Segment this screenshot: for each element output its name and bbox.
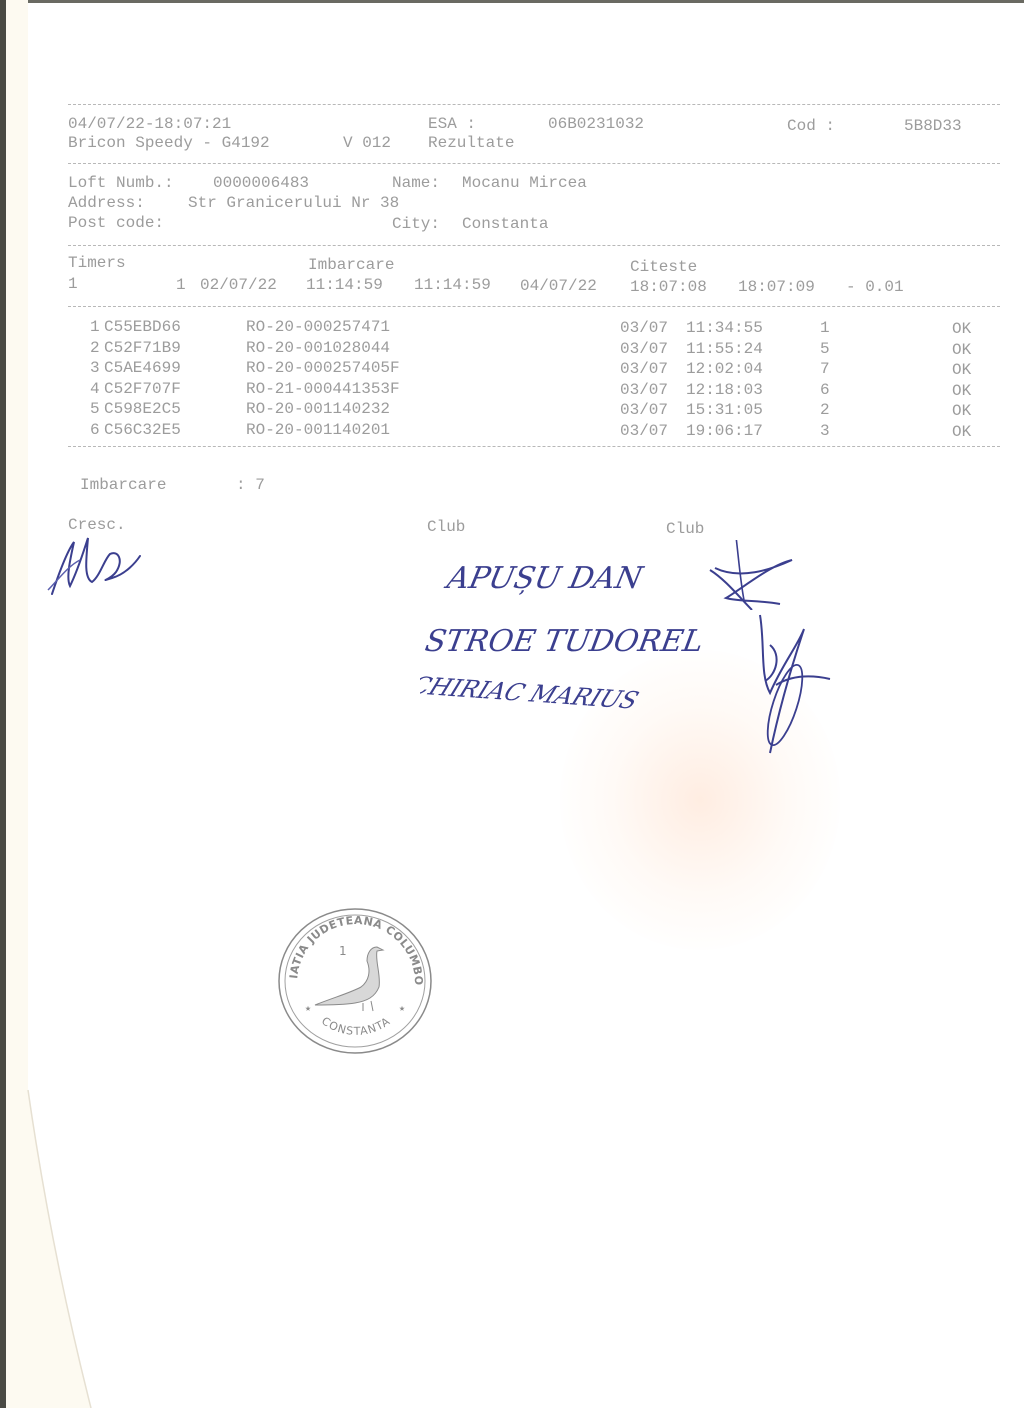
cell-time: 15:31:05 [686,401,763,419]
cresc-label: Cresc. [68,516,126,534]
imbarcare-label: Imbarcare [308,256,394,274]
divider [68,245,1000,246]
cell-pos: 3 [90,359,100,377]
handwritten-name-1: APUȘU DAN [441,561,647,596]
timestamp: 04/07/22-18:07:21 [68,115,231,133]
cell-ring: RO-20-000257405F [246,359,400,377]
loft-value: 0000006483 [213,174,309,192]
cell-time: 11:34:55 [686,319,763,337]
cell-chip: C56C32E5 [104,421,181,439]
cell-chip: C55EBD66 [104,318,181,336]
cell-ring: RO-20-001140232 [246,400,390,418]
divider [68,163,1000,164]
paper-fold-edge [6,0,1024,1408]
signature-apusu-dan: APUȘU DAN [440,540,800,610]
read-time-2: 18:07:09 [738,278,815,296]
cell-chip: C5AE4699 [104,359,181,377]
imbarcare-time-1: 11:14:59 [306,276,383,294]
device-version: V 012 [343,134,391,152]
cell-chip: C598E2C5 [104,400,181,418]
timers-label: Timers [68,254,126,272]
cell-date: 03/07 [620,381,668,399]
cell-status: OK [952,423,971,441]
cell-order: 1 [820,319,830,337]
cell-ring: RO-21-000441353F [246,380,400,398]
address-label: Address: [68,194,145,212]
table-row: 2C52F71B9RO-20-00102804403/0711:55:245OK [0,339,1024,359]
cell-status: OK [952,361,971,379]
read-time-1: 18:07:08 [630,278,707,296]
cell-pos: 5 [90,400,100,418]
citeste-label: Citeste [630,258,697,276]
imbarcare-time-2: 11:14:59 [414,276,491,294]
cell-time: 12:02:04 [686,360,763,378]
name-value: Mocanu Mircea [462,174,587,192]
postcode-label: Post code: [68,214,164,232]
cell-chip: C52F71B9 [104,339,181,357]
cod-label: Cod : [787,117,835,135]
cell-order: 2 [820,401,830,419]
cell-date: 03/07 [620,360,668,378]
name-label: Name: [392,174,440,192]
scan-edge-top [0,0,1024,3]
handwritten-name-2: STROE TUDOREL [422,624,706,659]
loft-label: Loft Numb.: [68,174,174,192]
signature-block-club: STROE TUDOREL CHIRIAC MARIUS [420,605,840,765]
stamp-arc-text: ASOCIATIA JUDETEANA COLUMBOFILA [275,905,425,986]
report-type: Rezultate [428,134,514,152]
deviation: - 0.01 [846,278,904,296]
cell-status: OK [952,382,971,400]
club-label-1: Club [427,518,465,536]
divider [68,446,1000,447]
cell-order: 6 [820,381,830,399]
cell-pos: 4 [90,380,100,398]
cell-pos: 2 [90,339,100,357]
address-value: Str Granicerului Nr 38 [188,194,399,212]
paper-stain [560,650,840,950]
cell-time: 19:06:17 [686,422,763,440]
esa-value: 06B0231032 [548,115,644,133]
cell-status: OK [952,402,971,420]
pigeon-icon [315,947,383,1011]
device-name: Bricon Speedy - G4192 [68,134,270,152]
cell-pos: 1 [90,318,100,336]
summary-imbarcare-label: Imbarcare [80,476,166,494]
cod-value: 5B8D33 [904,117,962,135]
cell-ring: RO-20-001140201 [246,421,390,439]
scan-edge-left [0,0,6,1408]
cell-order: 5 [820,340,830,358]
cell-time: 12:18:03 [686,381,763,399]
svg-text:★: ★ [305,1004,311,1015]
table-row: 4C52F707FRO-21-000441353F03/0712:18:036O… [0,380,1024,400]
cell-order: 7 [820,360,830,378]
table-row: 5C598E2C5RO-20-00114023203/0715:31:052OK [0,400,1024,420]
table-row: 3C5AE4699RO-20-000257405F03/0712:02:047O… [0,359,1024,379]
cell-pos: 6 [90,421,100,439]
cell-order: 3 [820,422,830,440]
cell-time: 11:55:24 [686,340,763,358]
timer-number: 1 [68,275,78,293]
divider [68,306,1000,307]
imbarcare-date: 02/07/22 [200,276,277,294]
cell-date: 03/07 [620,340,668,358]
stamp-number: 1 [339,944,347,958]
cell-date: 03/07 [620,422,668,440]
cell-chip: C52F707F [104,380,181,398]
svg-text:★: ★ [399,1004,405,1015]
table-row: 6C56C32E5RO-20-00114020103/0719:06:173OK [0,421,1024,441]
timer-index: 1 [176,276,186,294]
cell-ring: RO-20-000257471 [246,318,390,336]
divider [68,104,1000,105]
svg-text:ASOCIATIA JUDETEANA COLUMBOFIL: ASOCIATIA JUDETEANA COLUMBOFILA [275,905,425,986]
table-row: 1C55EBD66RO-20-00025747103/0711:34:551OK [0,318,1024,338]
handwritten-name-3: CHIRIAC MARIUS [420,671,643,714]
stamp-bottom-text: CONSTANTA [319,1014,393,1038]
cell-date: 03/07 [620,319,668,337]
city-value: Constanta [462,215,548,233]
esa-label: ESA : [428,115,476,133]
read-date: 04/07/22 [520,277,597,295]
cell-status: OK [952,320,971,338]
summary-imbarcare-value: : 7 [236,476,265,494]
city-label: City: [392,215,440,233]
club-label-2: Club [666,520,704,538]
cell-date: 03/07 [620,401,668,419]
svg-text:CONSTANTA: CONSTANTA [319,1014,393,1038]
cell-status: OK [952,341,971,359]
club-stamp: ASOCIATIA JUDETEANA COLUMBOFILA CONSTANT… [275,905,435,1057]
cell-ring: RO-20-001028044 [246,339,390,357]
